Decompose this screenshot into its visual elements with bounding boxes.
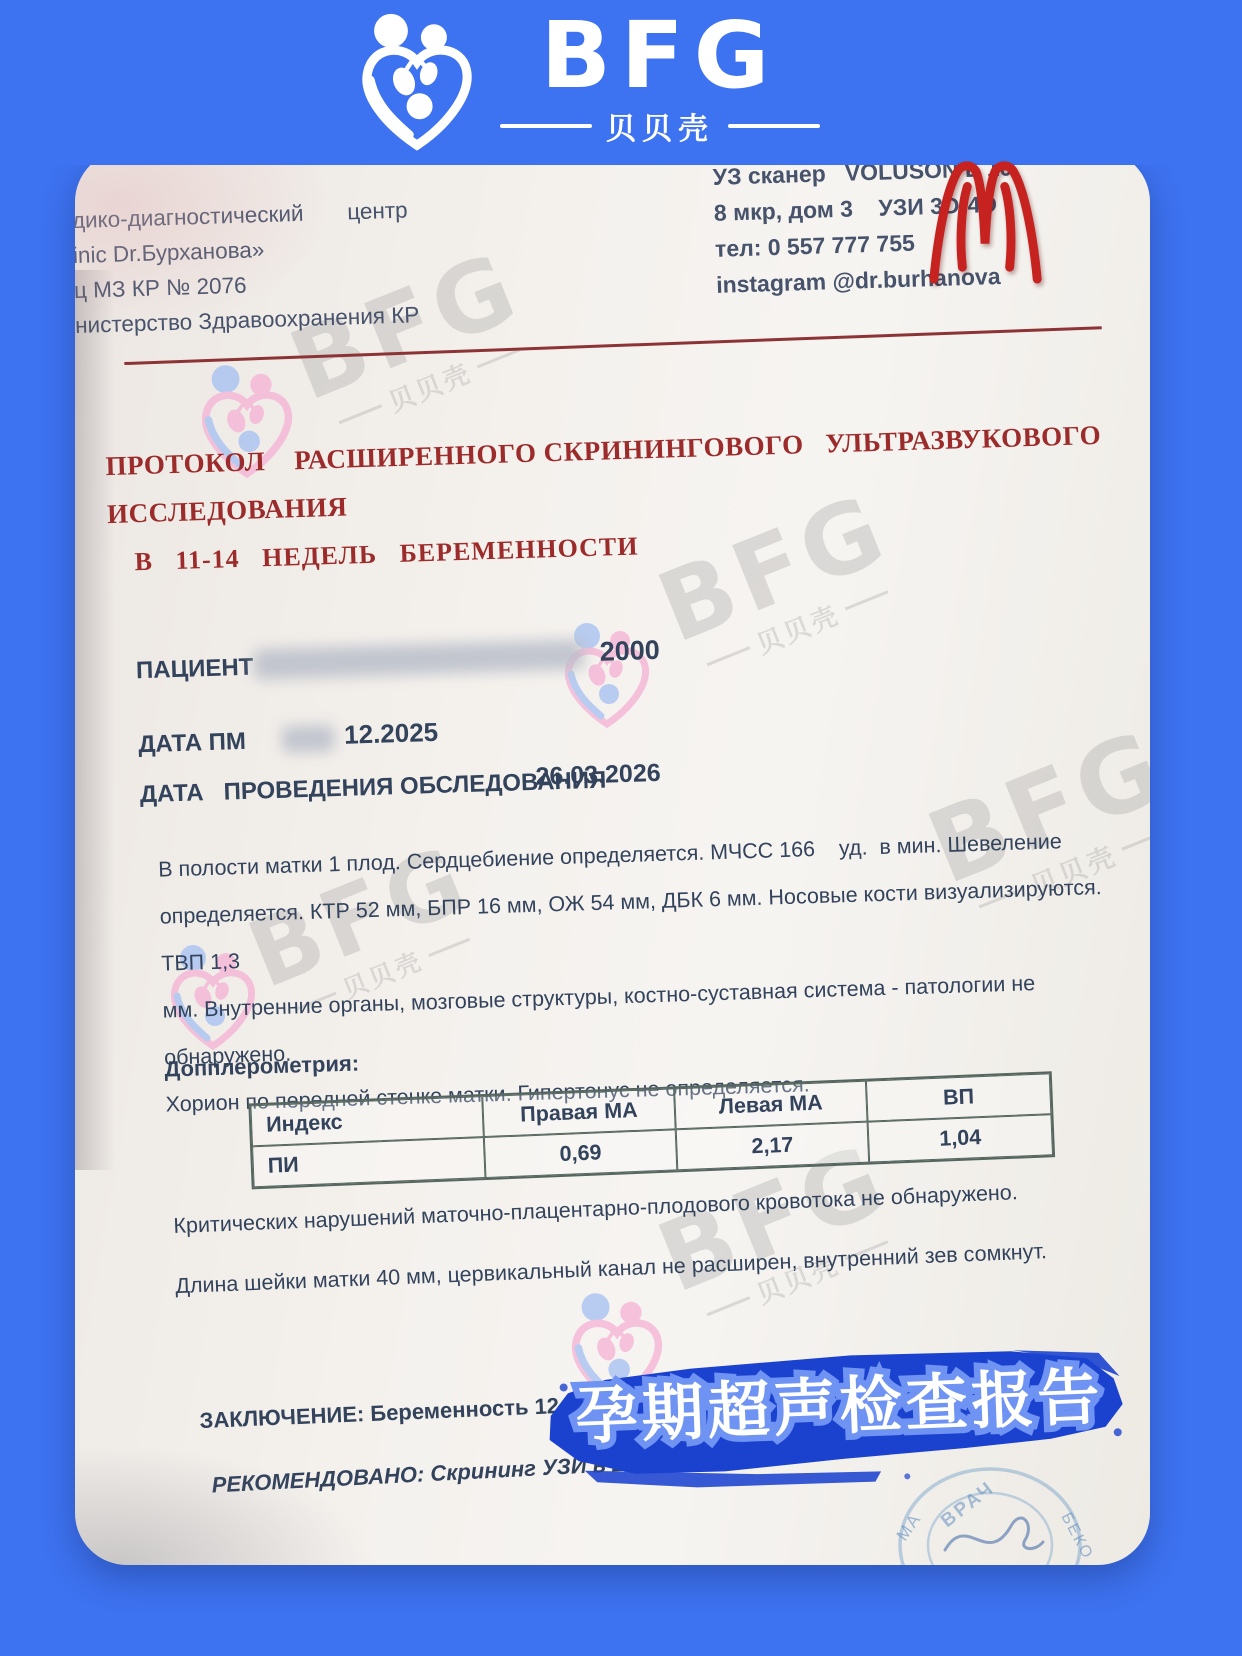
bfg-wordmark: BFG — [541, 10, 779, 102]
bfg-logo-text: BFG 贝贝壳 — [500, 10, 820, 148]
bfg-chinese-row: 贝贝壳 — [500, 104, 820, 148]
paperclip-icon — [922, 146, 1050, 291]
logo-line-right — [728, 124, 820, 128]
promo-card: BFG 贝贝壳 BFG 贝贝壳 BFG 贝贝壳 BFG 贝贝壳 BFG — [0, 0, 1242, 1656]
bfg-chinese-name: 贝贝壳 — [606, 104, 714, 148]
doppler-cell-pi: ПИ — [252, 1137, 485, 1187]
stamp-text-right: БЕКО — [1057, 1510, 1096, 1563]
patient-label: ПАЦИЕНТ — [136, 654, 254, 686]
lmp-date-value: 12.2025 — [344, 717, 439, 751]
stamp-text-left: МА — [893, 1509, 925, 1544]
protocol-title-line1: ПРОТОКОЛ РАСШИРЕННОГО СКРИНИНГОВОГО УЛЬТ… — [105, 420, 1101, 481]
banner: 孕期超声检查报告 孕期超声检查报告 — [542, 1332, 1131, 1504]
doppler-cell-right-ma: 0,69 — [484, 1129, 677, 1178]
doppler-cell-vp: 1,04 — [868, 1114, 1053, 1162]
cervix-note: Длина шейки матки 40 мм, цервикальный ка… — [175, 1239, 1047, 1299]
protocol-title-line2: ИССЛЕДОВАНИЯ — [107, 492, 348, 530]
doppler-cell-left-ma: 2,17 — [676, 1122, 869, 1171]
logo-line-left — [500, 124, 592, 128]
patient-name-redacted — [253, 639, 584, 679]
protocol-subtitle: В 11-14 НЕДЕЛЬ БЕРЕМЕННОСТИ — [134, 531, 639, 577]
blood-flow-note: Критических нарушений маточно-плацентарн… — [173, 1180, 1018, 1239]
exam-date-value: 26.03.2026 — [535, 759, 661, 792]
lmp-date-label: ДАТА ПМ — [138, 728, 246, 759]
patient-birth-year: 2000 — [599, 635, 660, 668]
protocol-title: ПРОТОКОЛ РАСШИРЕННОГО СКРИНИНГОВОГО УЛЬТ… — [105, 410, 1118, 538]
clinic-info: дико-диагностический центр inic Dr.Бурха… — [75, 192, 420, 343]
bfg-logo: BFG 贝贝壳 — [352, 10, 820, 153]
bfg-family-icon — [352, 10, 482, 153]
lmp-day-redacted — [282, 725, 335, 753]
